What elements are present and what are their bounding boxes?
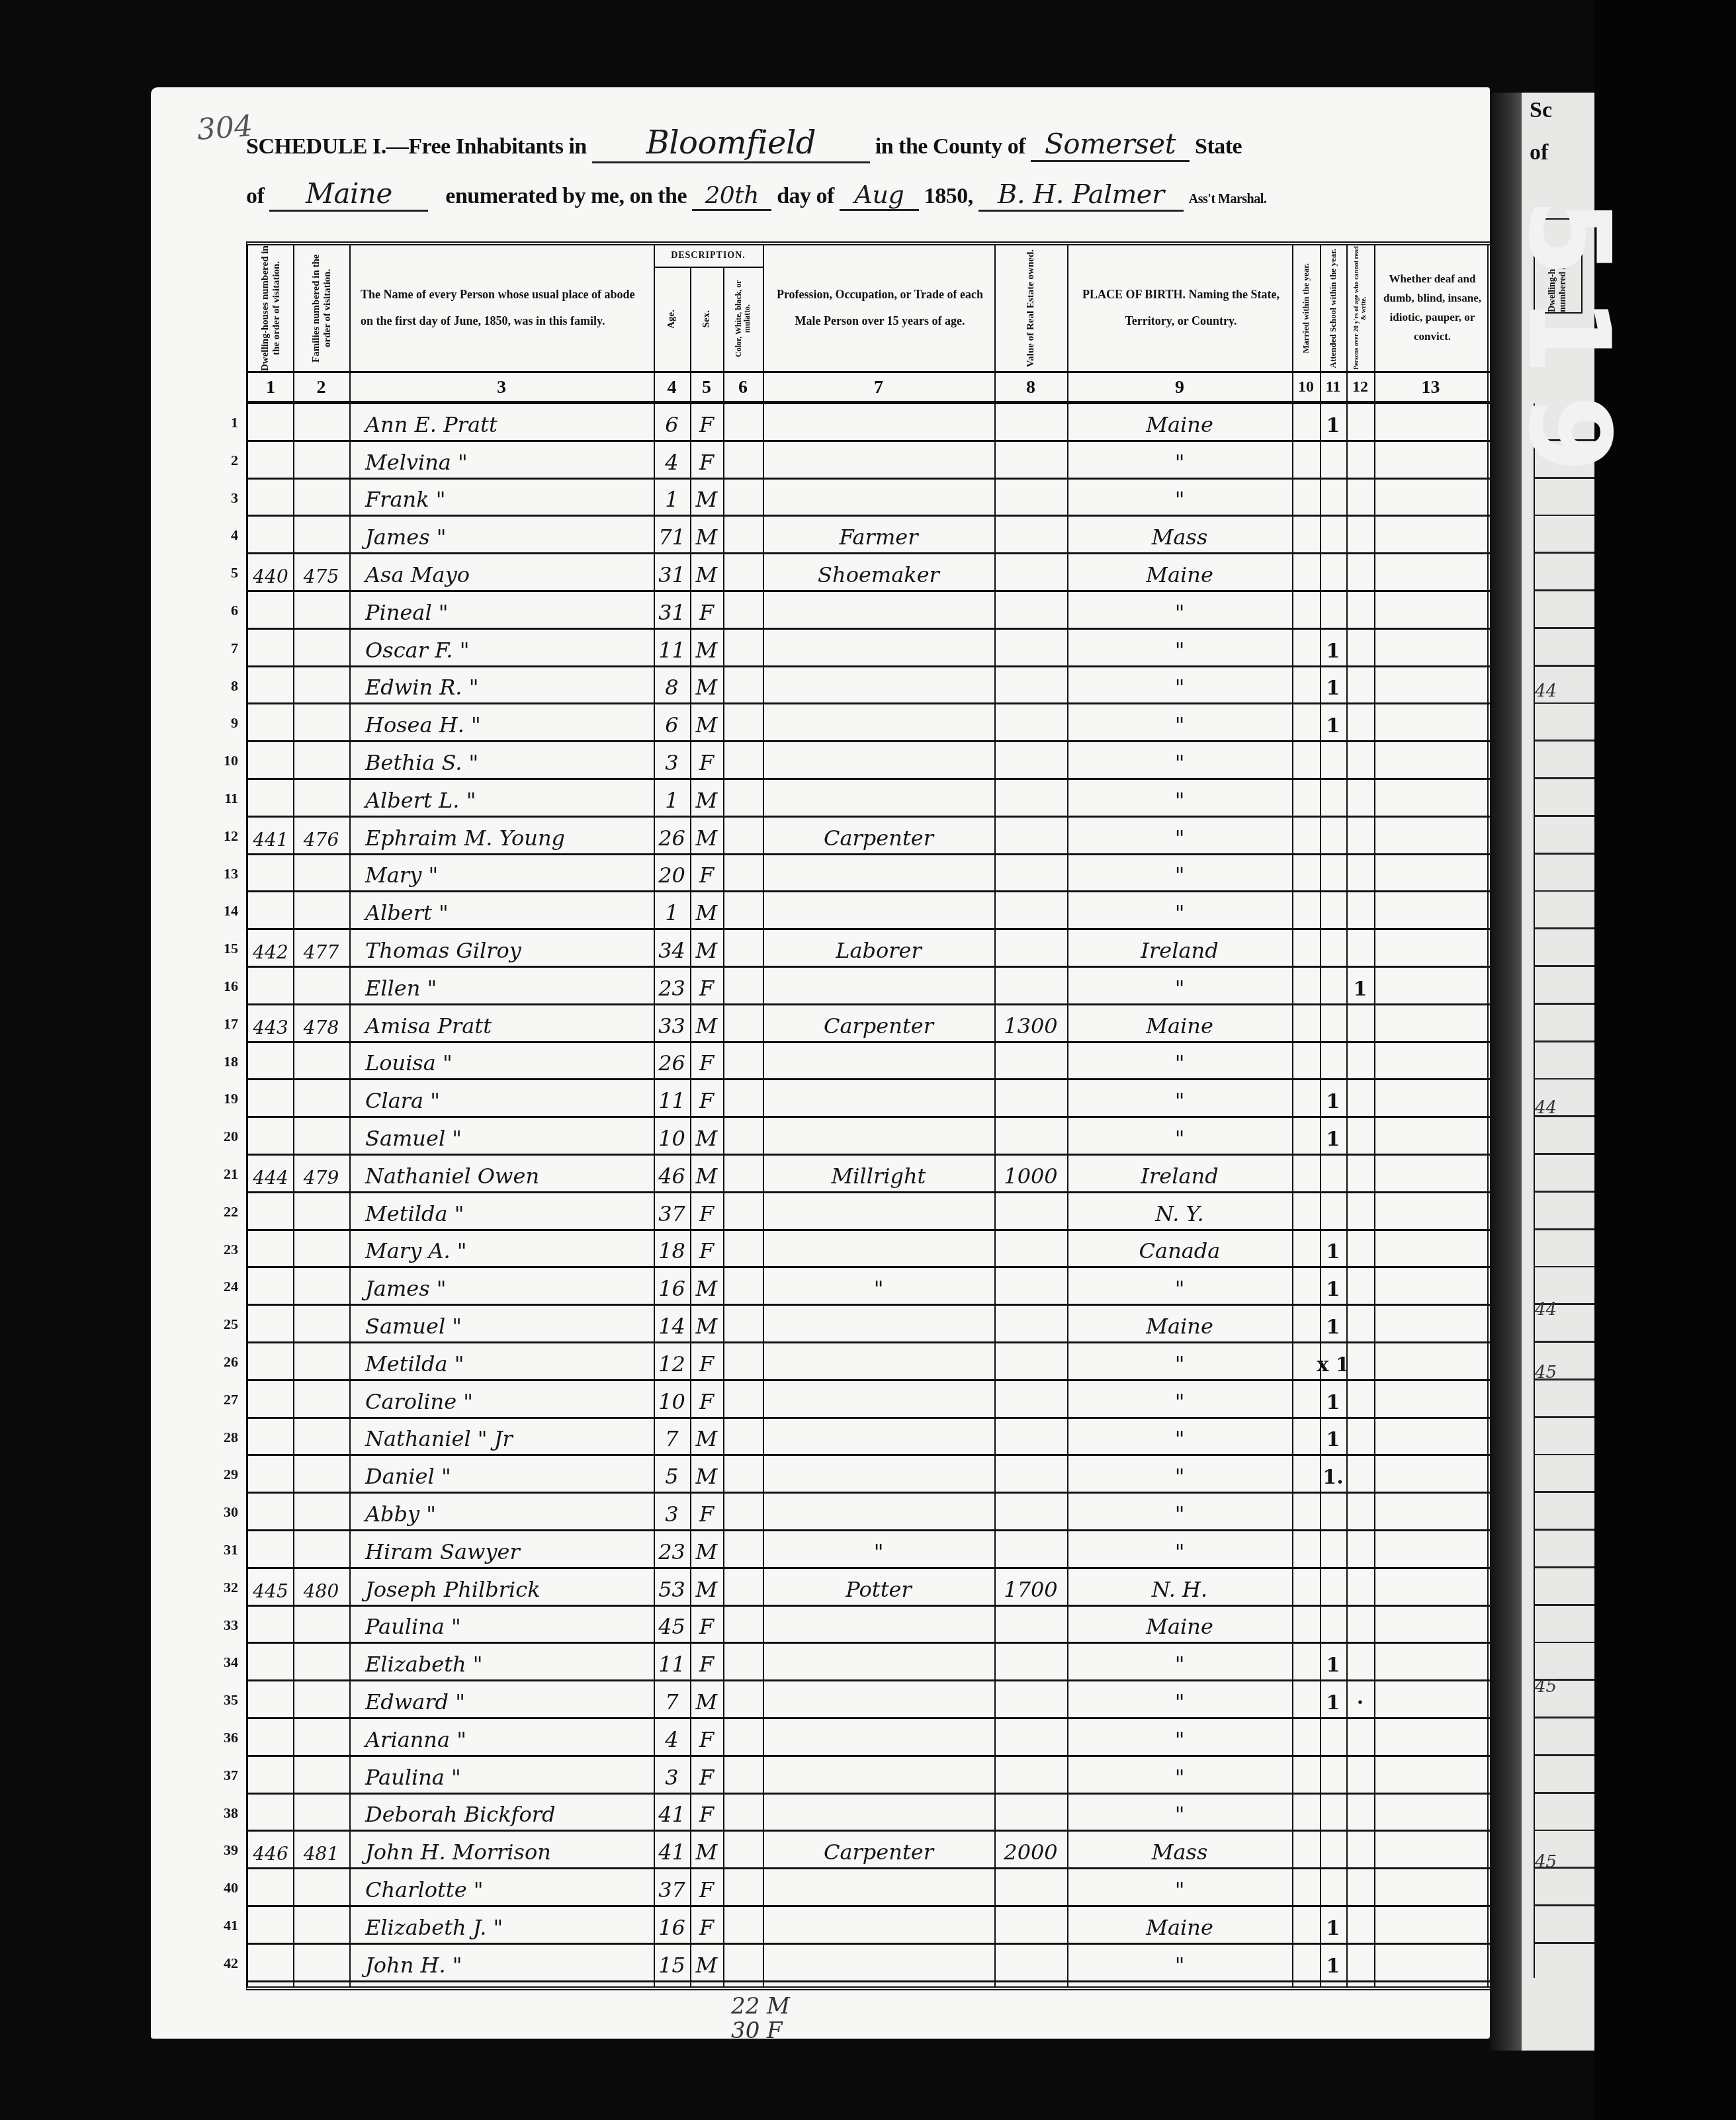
person-name: Samuel " xyxy=(349,1304,654,1341)
line-number: 16 xyxy=(212,978,238,995)
schedule-title: SCHEDULE I.—Free Inhabitants in Bloomfie… xyxy=(246,124,1242,163)
occupation xyxy=(763,1116,994,1154)
illiterate-mark xyxy=(1346,1341,1374,1379)
condition xyxy=(1374,928,1487,966)
birthplace: " xyxy=(1067,440,1292,478)
condition xyxy=(1374,665,1487,703)
line-number: 42 xyxy=(212,1955,238,1972)
table-row: 2929Daniel "5M"1. xyxy=(248,1454,1491,1494)
table-row: 1414Albert "1M" xyxy=(248,890,1491,930)
illiterate-mark xyxy=(1346,1492,1374,1529)
person-name: Joseph Philbrick xyxy=(349,1567,654,1605)
line-number: 15 xyxy=(212,940,238,957)
sex: F xyxy=(690,966,723,1003)
condition xyxy=(1374,1229,1487,1267)
age: 10 xyxy=(654,1379,690,1417)
line-number: 37 xyxy=(212,1767,238,1784)
dwelling-number xyxy=(248,1191,293,1229)
school-mark xyxy=(1320,740,1346,778)
dwelling-number xyxy=(248,1867,293,1905)
age: 46 xyxy=(654,1154,690,1191)
occupation xyxy=(763,1341,994,1379)
sex: M xyxy=(690,552,723,590)
illiterate-mark xyxy=(1346,665,1374,703)
year-label: 1850, xyxy=(924,184,973,208)
school-mark xyxy=(1320,1755,1346,1793)
school-mark: 1 xyxy=(1320,1943,1346,1980)
line-number: 23 xyxy=(212,1241,238,1258)
real-estate-value xyxy=(994,890,1067,928)
person-name: Daniel " xyxy=(349,1454,654,1492)
month-field: Aug xyxy=(840,180,919,211)
header-illiterate: Persons over 20 y'rs of age who cannot r… xyxy=(1346,245,1374,371)
birthplace: " xyxy=(1067,590,1292,628)
adjacent-margin-mark: 44 xyxy=(1535,1300,1557,1320)
occupation: Potter xyxy=(763,1567,994,1605)
marshal-label: Ass't Marshal. xyxy=(1189,192,1266,206)
person-name: Mary A. " xyxy=(349,1229,654,1267)
real-estate-value: 2000 xyxy=(994,1830,1067,1867)
colnum-12: 12 xyxy=(1346,372,1374,402)
condition xyxy=(1374,1830,1487,1867)
person-name: Hosea H. " xyxy=(349,702,654,740)
dwelling-number xyxy=(248,1454,293,1492)
person-name: Ephraim M. Young xyxy=(349,816,654,853)
occupation xyxy=(763,853,994,891)
illiterate-mark xyxy=(1346,1379,1374,1417)
sex: M xyxy=(690,515,723,552)
family-number xyxy=(293,966,349,1003)
condition xyxy=(1374,778,1487,816)
married-mark xyxy=(1292,1943,1320,1980)
condition xyxy=(1374,1003,1487,1041)
married-mark xyxy=(1292,1341,1320,1379)
sex: F xyxy=(690,1078,723,1116)
line-number: 32 xyxy=(212,1579,238,1596)
condition xyxy=(1374,440,1487,478)
married-mark xyxy=(1292,1417,1320,1455)
dwelling-number: 445 xyxy=(248,1567,293,1605)
table-row: 2424James "16M""1 xyxy=(248,1266,1491,1306)
occupation xyxy=(763,1078,994,1116)
family-number: 479 xyxy=(293,1154,349,1191)
age: 3 xyxy=(654,1492,690,1529)
married-mark xyxy=(1292,1830,1320,1867)
sex: F xyxy=(690,1642,723,1679)
birthplace: " xyxy=(1067,966,1292,1003)
married-mark xyxy=(1292,778,1320,816)
occupation xyxy=(763,590,994,628)
colnum-11: 11 xyxy=(1320,372,1346,402)
condition xyxy=(1374,1379,1487,1417)
birthplace: " xyxy=(1067,740,1292,778)
birthplace: Canada xyxy=(1067,1229,1292,1267)
dwelling-number xyxy=(248,1341,293,1379)
sex: M xyxy=(690,1943,723,1980)
married-mark xyxy=(1292,402,1320,440)
sex: F xyxy=(690,1229,723,1267)
sex: M xyxy=(690,928,723,966)
dwelling-number xyxy=(248,778,293,816)
dwelling-number xyxy=(248,1229,293,1267)
table-row: 55440475Asa Mayo31MShoemakerMaine xyxy=(248,552,1491,592)
dwelling-number xyxy=(248,1492,293,1529)
illiterate-mark xyxy=(1346,1567,1374,1605)
married-mark xyxy=(1292,1755,1320,1793)
real-estate-value xyxy=(994,1717,1067,1755)
colnum-5: 5 xyxy=(690,372,723,402)
illiterate-mark xyxy=(1346,1078,1374,1116)
illiterate-mark xyxy=(1346,478,1374,515)
occupation xyxy=(763,1041,994,1079)
age: 10 xyxy=(654,1116,690,1154)
school-mark xyxy=(1320,928,1346,966)
birthplace: " xyxy=(1067,1642,1292,1679)
dwelling-number xyxy=(248,1417,293,1455)
school-mark xyxy=(1320,966,1346,1003)
birthplace: " xyxy=(1067,816,1292,853)
illiterate-mark xyxy=(1346,1905,1374,1943)
family-number xyxy=(293,1229,349,1267)
real-estate-value: 1300 xyxy=(994,1003,1067,1041)
family-number xyxy=(293,1191,349,1229)
family-number xyxy=(293,1943,349,1980)
colnum-8: 8 xyxy=(994,372,1067,402)
real-estate-value xyxy=(994,1266,1067,1304)
table-row: 2323Mary A. "18FCanada1 xyxy=(248,1229,1491,1269)
school-mark xyxy=(1320,1867,1346,1905)
real-estate-value xyxy=(994,1905,1067,1943)
person-name: Metilda " xyxy=(349,1191,654,1229)
condition xyxy=(1374,515,1487,552)
birthplace: " xyxy=(1067,1492,1292,1529)
age: 26 xyxy=(654,1041,690,1079)
sex: M xyxy=(690,778,723,816)
real-estate-value xyxy=(994,1116,1067,1154)
age: 41 xyxy=(654,1793,690,1830)
tally-female: 30 F xyxy=(731,2019,790,2043)
school-mark xyxy=(1320,890,1346,928)
person-name: Thomas Gilroy xyxy=(349,928,654,966)
condition xyxy=(1374,966,1487,1003)
school-mark: 1 xyxy=(1320,1642,1346,1679)
dwelling-number: 441 xyxy=(248,816,293,853)
illiterate-mark xyxy=(1346,628,1374,665)
real-estate-value xyxy=(994,1679,1067,1717)
married-mark xyxy=(1292,1605,1320,1642)
dwelling-number xyxy=(248,590,293,628)
illiterate-mark xyxy=(1346,1003,1374,1041)
line-number: 6 xyxy=(212,602,238,619)
illiterate-mark xyxy=(1346,402,1374,440)
occupation: Shoemaker xyxy=(763,552,994,590)
table-row: 1010Bethia S. "3F" xyxy=(248,740,1491,780)
family-number xyxy=(293,853,349,891)
person-name: James " xyxy=(349,515,654,552)
occupation xyxy=(763,778,994,816)
age: 1 xyxy=(654,478,690,515)
school-mark xyxy=(1320,478,1346,515)
school-mark: 1 xyxy=(1320,702,1346,740)
person-name: John H. Morrison xyxy=(349,1830,654,1867)
line-number: 40 xyxy=(212,1879,238,1896)
condition xyxy=(1374,740,1487,778)
line-number: 25 xyxy=(212,1316,238,1333)
birthplace: " xyxy=(1067,1867,1292,1905)
state-field: Maine xyxy=(269,177,428,212)
person-name: Bethia S. " xyxy=(349,740,654,778)
school-mark: 1 xyxy=(1320,402,1346,440)
day-field: 20th xyxy=(692,182,771,211)
family-number xyxy=(293,1867,349,1905)
line-number: 39 xyxy=(212,1842,238,1859)
line-number: 22 xyxy=(212,1203,238,1220)
real-estate-value xyxy=(994,1867,1067,1905)
dwelling-number xyxy=(248,402,293,440)
dwelling-number xyxy=(248,1642,293,1679)
age: 7 xyxy=(654,1417,690,1455)
schedule-label: SCHEDULE I.—Free Inhabitants in xyxy=(246,134,587,159)
line-number: 27 xyxy=(212,1391,238,1408)
table-row: 3838Deborah Bickford41F" xyxy=(248,1793,1491,1832)
age: 45 xyxy=(654,1605,690,1642)
sex: M xyxy=(690,628,723,665)
family-number xyxy=(293,1793,349,1830)
sex: F xyxy=(690,853,723,891)
person-name: Edwin R. " xyxy=(349,665,654,703)
occupation xyxy=(763,1642,994,1679)
occupation xyxy=(763,665,994,703)
family-number xyxy=(293,1266,349,1304)
birthplace: Ireland xyxy=(1067,1154,1292,1191)
line-number: 24 xyxy=(212,1278,238,1295)
family-number xyxy=(293,1755,349,1793)
age: 31 xyxy=(654,552,690,590)
age: 11 xyxy=(654,628,690,665)
line-number: 8 xyxy=(212,677,238,695)
table-row: 3939446481John H. Morrison41MCarpenter20… xyxy=(248,1830,1491,1869)
family-number xyxy=(293,515,349,552)
age: 3 xyxy=(654,740,690,778)
table-row: 3333Paulina "45FMaine xyxy=(248,1605,1491,1644)
school-mark: 1 xyxy=(1320,1078,1346,1116)
real-estate-value xyxy=(994,1229,1067,1267)
colnum-3: 3 xyxy=(349,372,654,402)
person-name: Deborah Bickford xyxy=(349,1793,654,1830)
real-estate-value xyxy=(994,1191,1067,1229)
school-mark xyxy=(1320,1830,1346,1867)
table-row: 2020Samuel "10M"1 xyxy=(248,1116,1491,1156)
sex: F xyxy=(690,1717,723,1755)
family-number: 480 xyxy=(293,1567,349,1605)
school-mark xyxy=(1320,1191,1346,1229)
birthplace: N. Y. xyxy=(1067,1191,1292,1229)
age: 14 xyxy=(654,1304,690,1341)
condition xyxy=(1374,1605,1487,1642)
sex: M xyxy=(690,1154,723,1191)
person-name: Hiram Sawyer xyxy=(349,1529,654,1567)
colnum-4: 4 xyxy=(654,372,690,402)
dwelling-number xyxy=(248,1605,293,1642)
occupation xyxy=(763,1454,994,1492)
condition xyxy=(1374,1492,1487,1529)
school-mark xyxy=(1320,1567,1346,1605)
real-estate-value xyxy=(994,1492,1067,1529)
real-estate-value xyxy=(994,552,1067,590)
table-row: 33Frank "1M" xyxy=(248,478,1491,517)
table-row: 1616Ellen "23F"1 xyxy=(248,966,1491,1005)
state-label: State xyxy=(1195,134,1242,159)
person-name: Edward " xyxy=(349,1679,654,1717)
line-number: 21 xyxy=(212,1166,238,1183)
real-estate-value xyxy=(994,1793,1067,1830)
age: 33 xyxy=(654,1003,690,1041)
sex: M xyxy=(690,1417,723,1455)
age: 11 xyxy=(654,1642,690,1679)
family-number xyxy=(293,1492,349,1529)
family-number: 476 xyxy=(293,816,349,853)
illiterate-mark xyxy=(1346,778,1374,816)
illiterate-mark xyxy=(1346,515,1374,552)
condition xyxy=(1374,1454,1487,1492)
sex: M xyxy=(690,1679,723,1717)
header-school: Attended School within the year. xyxy=(1320,245,1346,371)
birthplace: " xyxy=(1067,628,1292,665)
table-row: 1212441476Ephraim M. Young26MCarpenter" xyxy=(248,816,1491,855)
age: 53 xyxy=(654,1567,690,1605)
married-mark xyxy=(1292,1379,1320,1417)
table-row: 4141Elizabeth J. "16FMaine1 xyxy=(248,1905,1491,1945)
line-number: 29 xyxy=(212,1466,238,1483)
table-row: 44James "71MFarmerMass xyxy=(248,515,1491,554)
age: 71 xyxy=(654,515,690,552)
line-number: 41 xyxy=(212,1917,238,1934)
condition xyxy=(1374,702,1487,740)
occupation xyxy=(763,966,994,1003)
table-row: 4040Charlotte "37F" xyxy=(248,1867,1491,1907)
occupation xyxy=(763,1867,994,1905)
occupation xyxy=(763,628,994,665)
table-row: 1313Mary "20F" xyxy=(248,853,1491,893)
table-row: 1111Albert L. "1M" xyxy=(248,778,1491,818)
sex: M xyxy=(690,1304,723,1341)
table-row: 11Ann E. Pratt6FMaine1 xyxy=(248,402,1491,442)
sex: M xyxy=(690,1116,723,1154)
condition xyxy=(1374,1943,1487,1980)
married-mark xyxy=(1292,1003,1320,1041)
line-number: 34 xyxy=(212,1654,238,1671)
illiterate-mark xyxy=(1346,1529,1374,1567)
header-dwelling: Dwelling-houses numbered in the order of… xyxy=(248,245,293,371)
occupation xyxy=(763,702,994,740)
condition xyxy=(1374,1078,1487,1116)
occupation xyxy=(763,1679,994,1717)
condition xyxy=(1374,1154,1487,1191)
description-group-header: DESCRIPTION. xyxy=(654,245,763,268)
school-mark: 1 xyxy=(1320,1266,1346,1304)
age: 1 xyxy=(654,890,690,928)
line-number: 9 xyxy=(212,714,238,732)
married-mark xyxy=(1292,1304,1320,1341)
adjacent-margin-mark: 45 xyxy=(1535,1852,1557,1872)
married-mark xyxy=(1292,590,1320,628)
age: 3 xyxy=(654,1755,690,1793)
occupation xyxy=(763,1755,994,1793)
line-number: 38 xyxy=(212,1804,238,1822)
dwelling-number xyxy=(248,1078,293,1116)
family-number xyxy=(293,740,349,778)
family-number xyxy=(293,1642,349,1679)
header-family: Families numbered in the order of visita… xyxy=(294,245,349,371)
sex: M xyxy=(690,1003,723,1041)
page-tally: 22 M 30 F xyxy=(731,1994,790,2044)
person-name: Oscar F. " xyxy=(349,628,654,665)
page-number: 304 xyxy=(196,109,253,147)
family-number xyxy=(293,478,349,515)
sex: F xyxy=(690,440,723,478)
table-row: 1515442477Thomas Gilroy34MLaborerIreland xyxy=(248,928,1491,968)
illiterate-mark xyxy=(1346,1116,1374,1154)
married-mark xyxy=(1292,1078,1320,1116)
person-name: Elizabeth " xyxy=(349,1642,654,1679)
illiterate-mark xyxy=(1346,1041,1374,1079)
illiterate-mark xyxy=(1346,1717,1374,1755)
table-row: 4242John H. "15M"1 xyxy=(248,1943,1491,1982)
birthplace: " xyxy=(1067,890,1292,928)
header-married: Married within the year. xyxy=(1292,245,1320,371)
person-name: Pineal " xyxy=(349,590,654,628)
table-row: 2121444479Nathaniel Owen46MMillright1000… xyxy=(248,1154,1491,1193)
dwelling-number xyxy=(248,1379,293,1417)
family-number xyxy=(293,1417,349,1455)
colnum-6: 6 xyxy=(723,372,763,402)
occupation xyxy=(763,1717,994,1755)
table-row: 88Edwin R. "8M"1 xyxy=(248,665,1491,705)
person-name: Metilda " xyxy=(349,1341,654,1379)
real-estate-value xyxy=(994,1529,1067,1567)
family-number xyxy=(293,890,349,928)
school-mark xyxy=(1320,515,1346,552)
real-estate-value xyxy=(994,515,1067,552)
adjacent-ruled-lines xyxy=(1534,403,1594,1978)
school-mark xyxy=(1320,853,1346,891)
table-row: 1919Clara "11F"1 xyxy=(248,1078,1491,1118)
condition xyxy=(1374,1642,1487,1679)
dwelling-number xyxy=(248,1041,293,1079)
condition xyxy=(1374,1116,1487,1154)
sex: M xyxy=(690,816,723,853)
real-estate-value xyxy=(994,1454,1067,1492)
enumerated-label: enumerated by me, on the xyxy=(445,184,687,208)
birthplace: " xyxy=(1067,1717,1292,1755)
family-number xyxy=(293,702,349,740)
school-mark: 1 xyxy=(1320,1905,1346,1943)
dwelling-number xyxy=(248,1943,293,1980)
school-mark xyxy=(1320,552,1346,590)
family-number xyxy=(293,1116,349,1154)
occupation xyxy=(763,1379,994,1417)
line-number: 10 xyxy=(212,752,238,769)
occupation: " xyxy=(763,1529,994,1567)
of-label: of xyxy=(246,184,264,208)
person-name: Ann E. Pratt xyxy=(349,402,654,440)
dwelling-number: 446 xyxy=(248,1830,293,1867)
school-mark xyxy=(1320,440,1346,478)
family-number xyxy=(293,590,349,628)
table-row: 22Melvina "4F" xyxy=(248,440,1491,480)
dwelling-number xyxy=(248,440,293,478)
school-mark: 1 xyxy=(1320,1679,1346,1717)
